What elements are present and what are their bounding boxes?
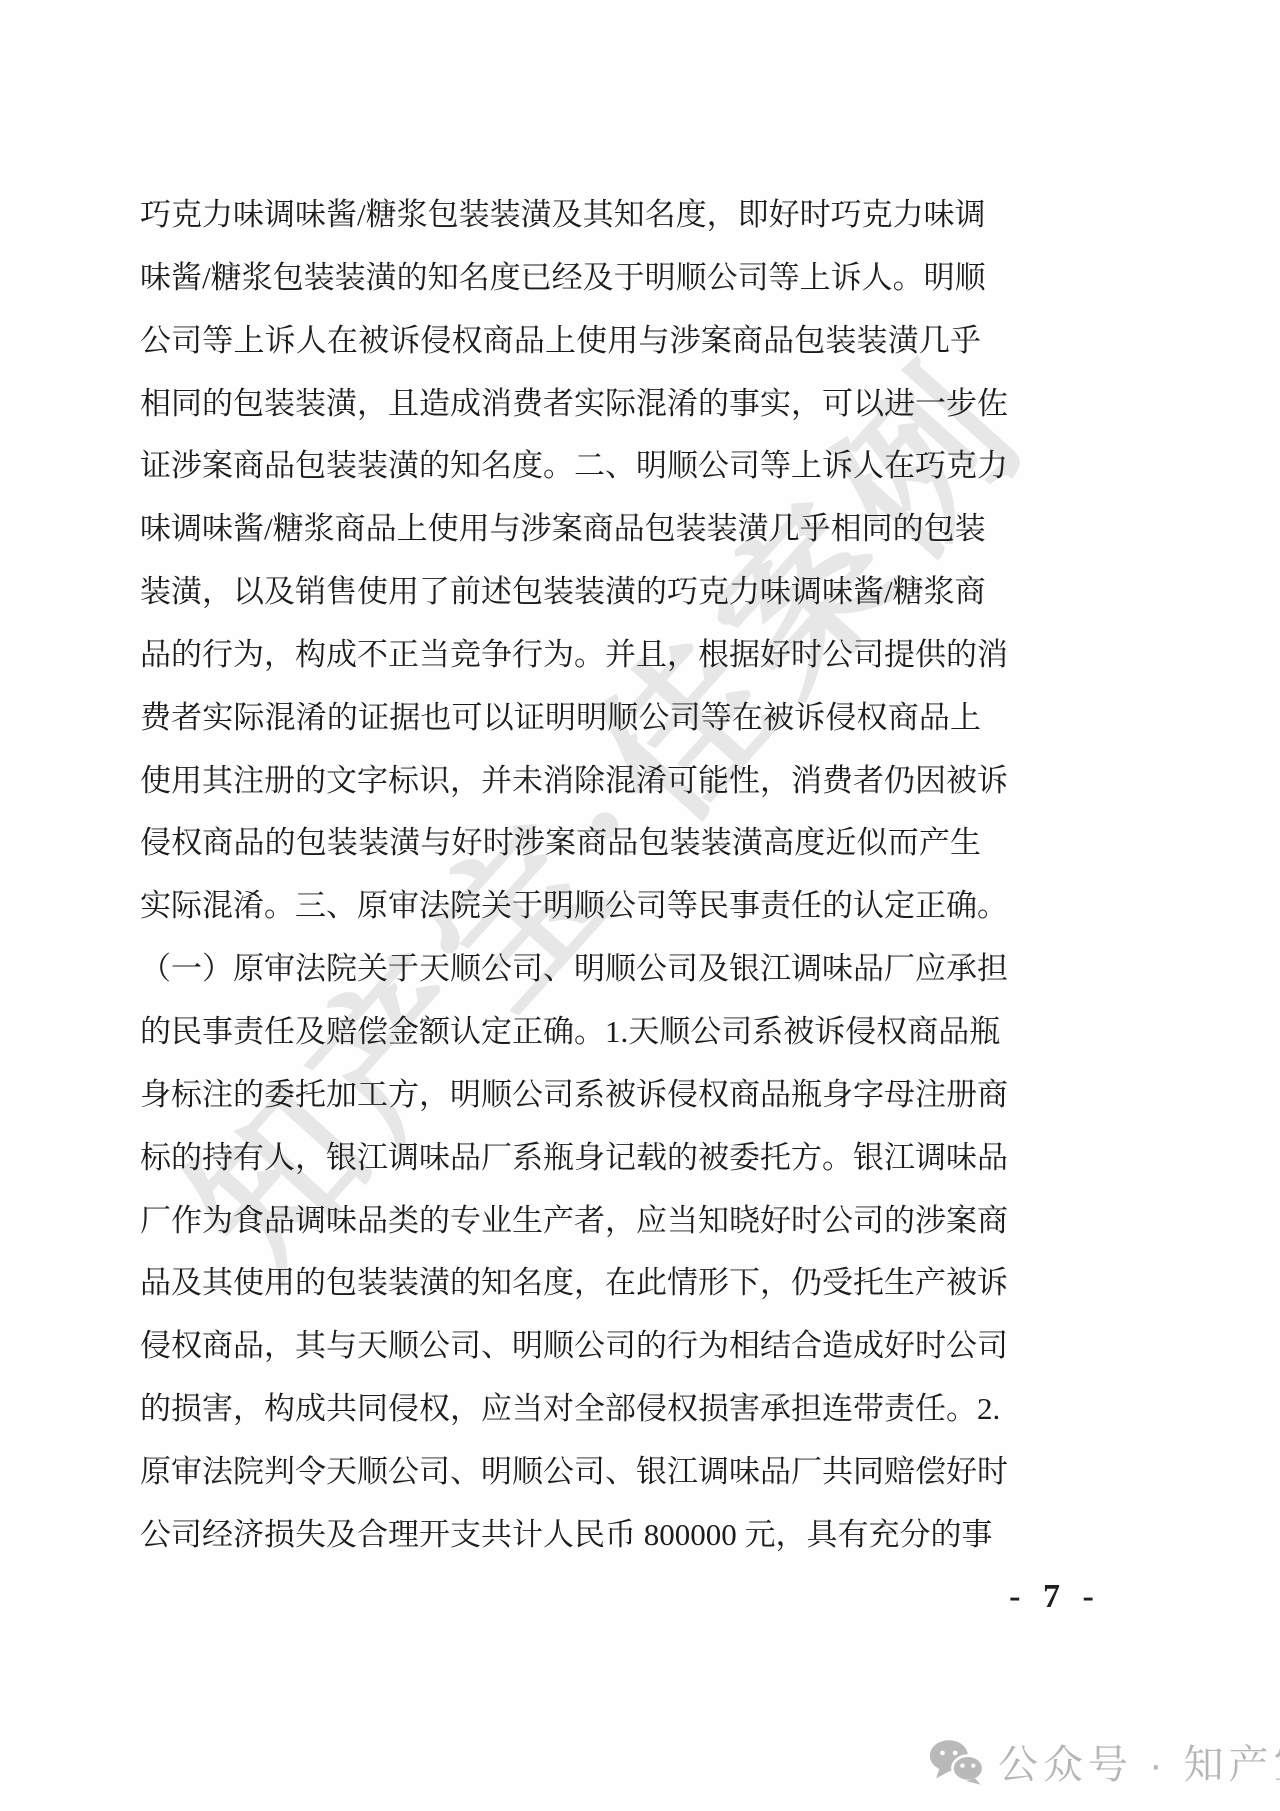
text-line: 证涉案商品包装装潢的知名度。二、明顺公司等上诉人在巧克力 [140, 435, 981, 498]
text-line: 装潢，以及销售使用了前述包装装潢的巧克力味调味酱/糖浆商 [140, 561, 981, 624]
text-line: 身标注的委托加工方，明顺公司系被诉侵权商品瓶身字母注册商 [140, 1064, 981, 1127]
document-page: 知产宝·佳案例 巧克力味调味酱/糖浆包装装潢及其知名度，即好时巧克力味调味酱/糖… [0, 0, 1280, 1811]
text-line: （一）原审法院关于天顺公司、明顺公司及银江调味品厂应承担 [140, 938, 981, 1001]
text-line: 品及其使用的包装装潢的知名度，在此情形下，仍受托生产被诉 [140, 1252, 981, 1315]
text-line: 厂作为食品调味品类的专业生产者，应当知晓好时公司的涉案商 [140, 1190, 981, 1253]
text-line: 公司等上诉人在被诉侵权商品上使用与涉案商品包装装潢几乎 [140, 310, 981, 373]
text-line: 原审法院判令天顺公司、明顺公司、银江调味品厂共同赔偿好时 [140, 1441, 981, 1504]
text-line: 实际混淆。三、原审法院关于明顺公司等民事责任的认定正确。 [140, 875, 981, 938]
text-line: 标的持有人，银江调味品厂系瓶身记载的被委托方。银江调味品 [140, 1127, 981, 1190]
text-line: 品的行为，构成不正当竞争行为。并且，根据好时公司提供的消 [140, 624, 981, 687]
footer: 公众号 · 知产宝 [928, 1733, 1280, 1790]
text-line: 的损害，构成共同侵权，应当对全部侵权损害承担连带责任。2. [140, 1378, 981, 1441]
text-line: 味调味酱/糖浆商品上使用与涉案商品包装装潢几乎相同的包装 [140, 498, 981, 561]
wechat-icon [928, 1739, 986, 1785]
document-body: 巧克力味调味酱/糖浆包装装潢及其知名度，即好时巧克力味调味酱/糖浆包装装潢的知名… [140, 184, 981, 1567]
text-line: 味酱/糖浆包装装潢的知名度已经及于明顺公司等上诉人。明顺 [140, 247, 981, 310]
text-line: 巧克力味调味酱/糖浆包装装潢及其知名度，即好时巧克力味调 [140, 184, 981, 247]
text-line: 的民事责任及赔偿金额认定正确。1.天顺公司系被诉侵权商品瓶 [140, 1001, 981, 1064]
text-line: 公司经济损失及合理开支共计人民币 800000 元，具有充分的事 [140, 1504, 981, 1567]
text-line: 侵权商品的包装装潢与好时涉案商品包装装潢高度近似而产生 [140, 812, 981, 875]
text-line: 使用其注册的文字标识，并未消除混淆可能性，消费者仍因被诉 [140, 750, 981, 813]
text-line: 费者实际混淆的证据也可以证明明顺公司等在被诉侵权商品上 [140, 687, 981, 750]
text-line: 相同的包装装潢，且造成消费者实际混淆的事实，可以进一步佐 [140, 373, 981, 436]
footer-label: 公众号 · 知产宝 [998, 1733, 1280, 1790]
text-line: 侵权商品，其与天顺公司、明顺公司的行为相结合造成好时公司 [140, 1315, 981, 1378]
page-number: - 7 - [1000, 1578, 1110, 1616]
